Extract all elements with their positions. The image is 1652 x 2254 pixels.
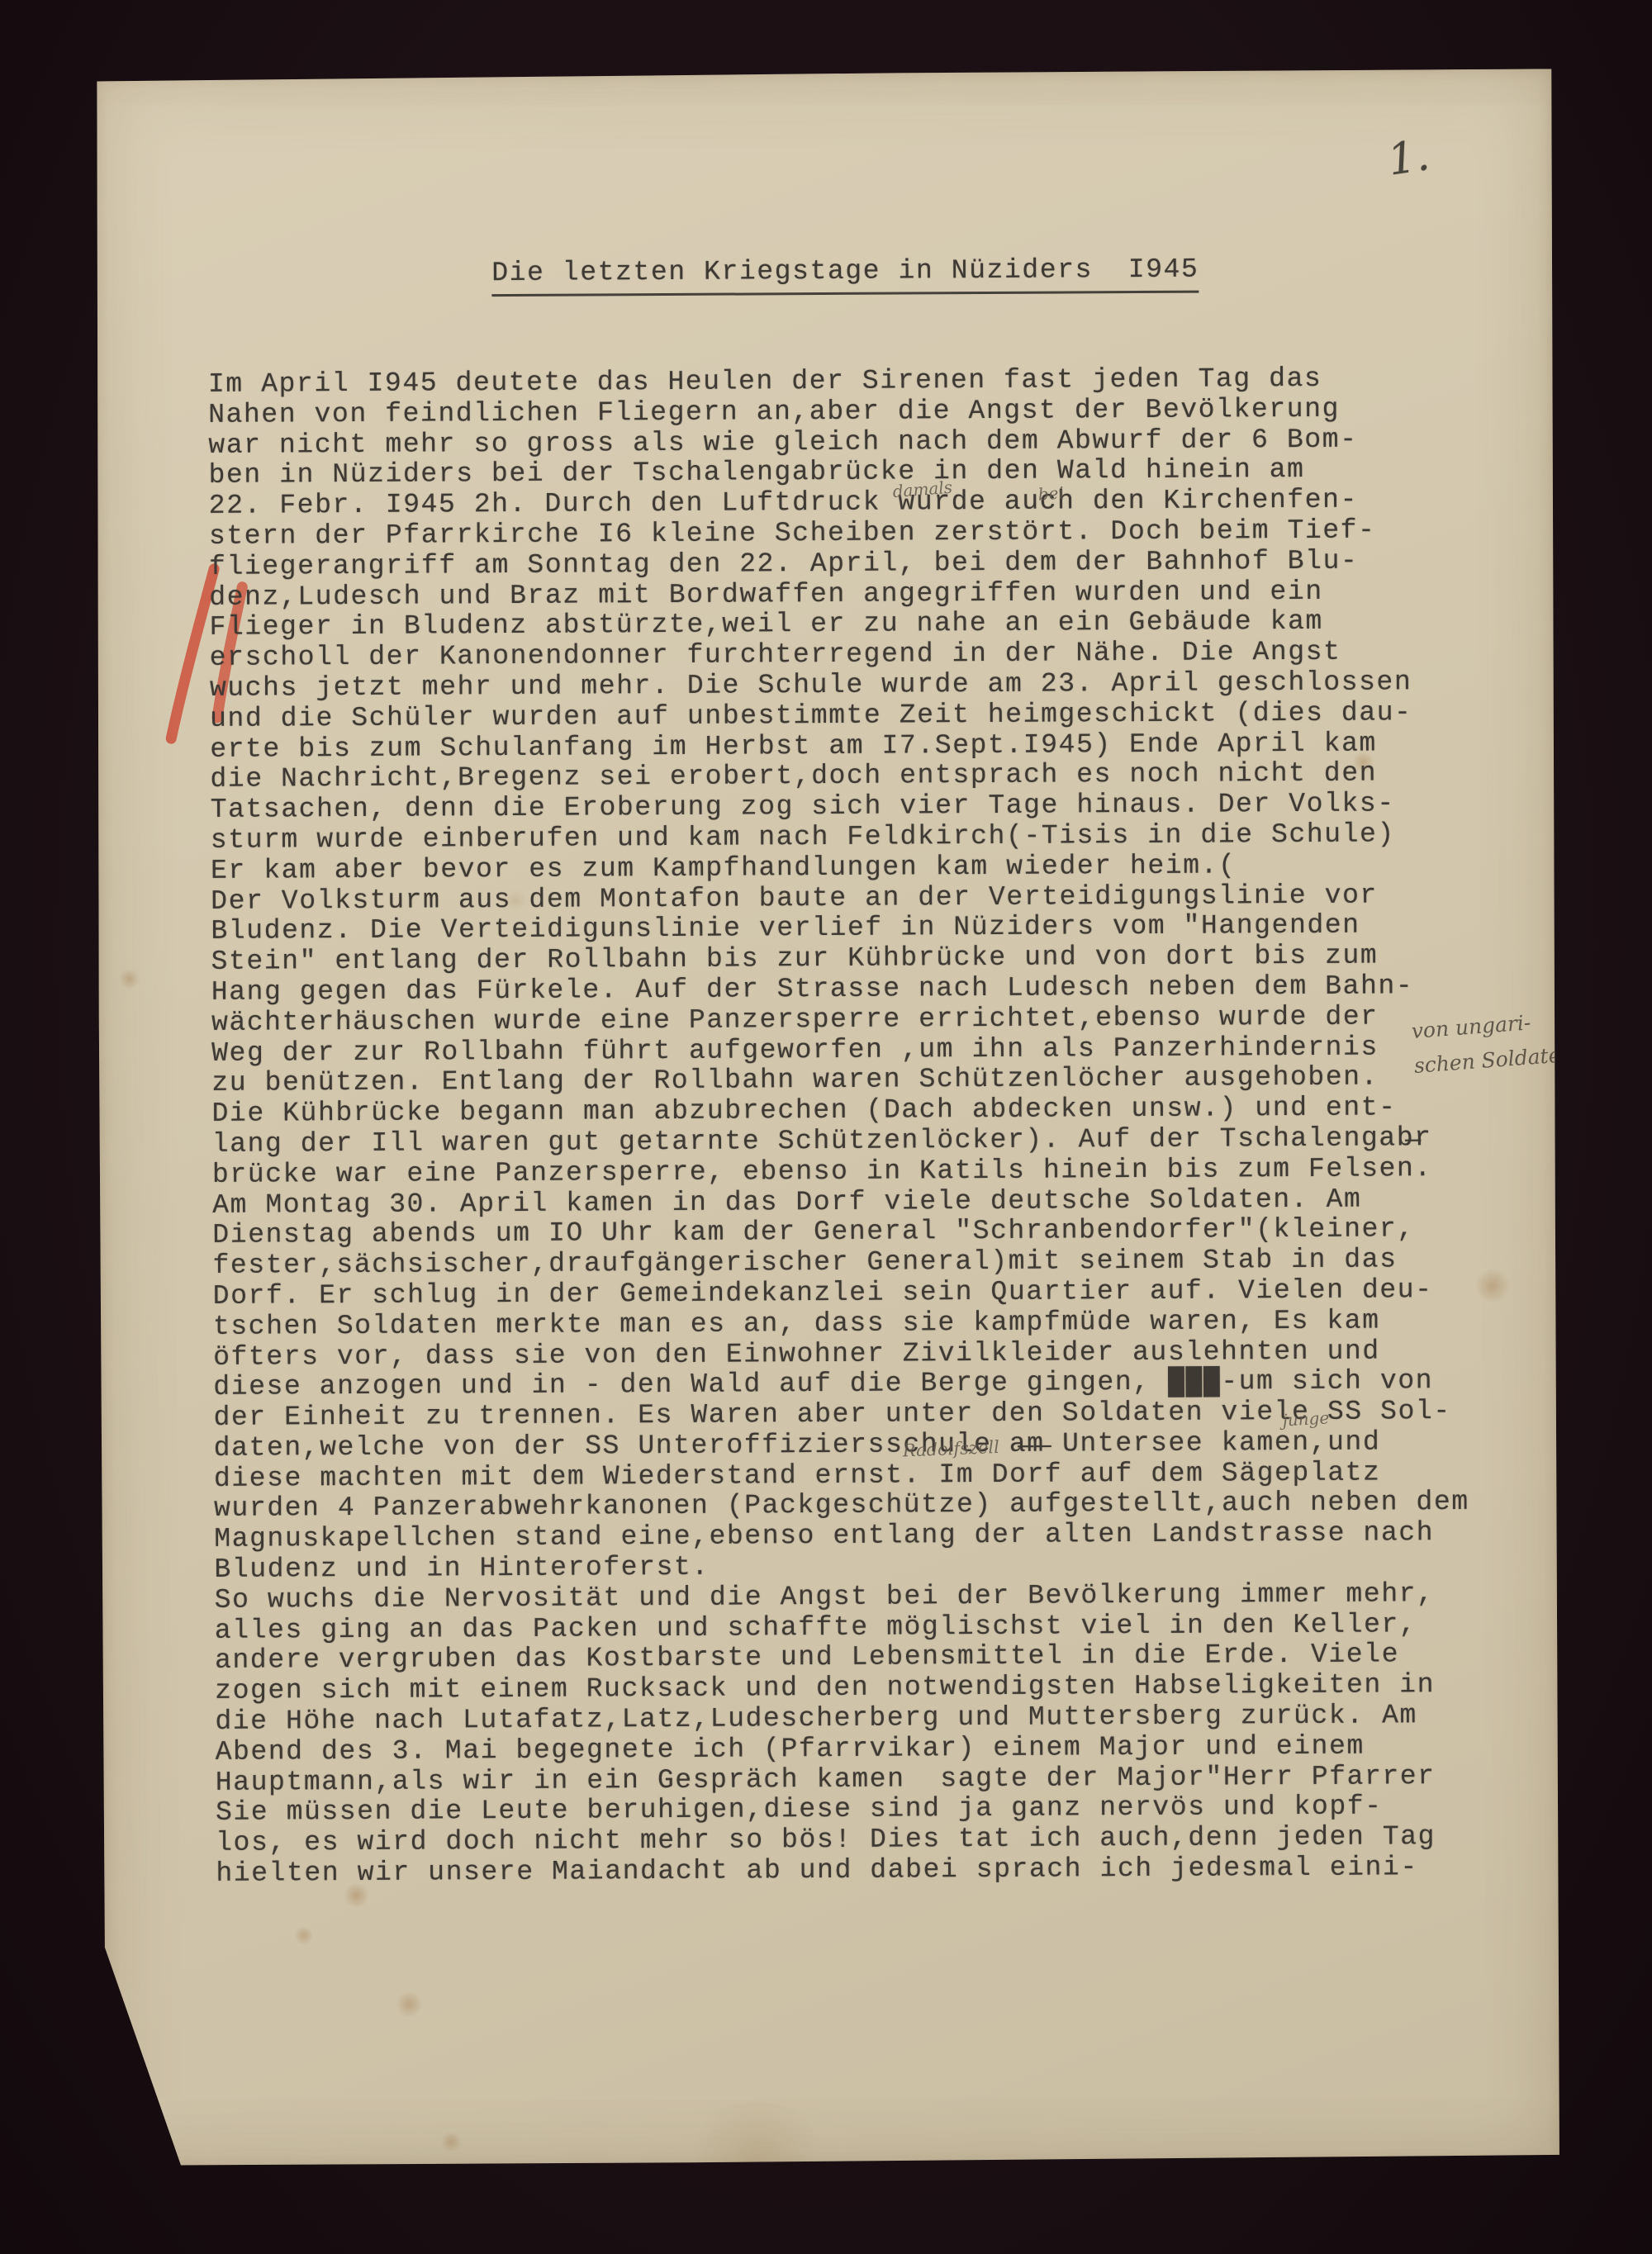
scan-background: 1. Die letzten Kriegstage in Nüziders I9… — [0, 0, 1652, 2254]
paper-stain — [294, 1926, 314, 1944]
paper-stain — [681, 2102, 831, 2202]
handwritten-insert-bei: bei — [1037, 482, 1065, 504]
handwritten-insert-radolfszell: Radolfszell — [902, 1437, 999, 1461]
document-page: 1. Die letzten Kriegstage in Nüziders I9… — [93, 66, 1564, 2171]
document-title: Die letzten Kriegstage in Nüziders I945 — [491, 254, 1199, 297]
text-line: hielten wir unsere Maiandacht ab und dab… — [216, 1852, 1521, 1889]
handwritten-insert-junge: junge — [1282, 1407, 1330, 1430]
handwritten-page-number: 1. — [1384, 130, 1432, 186]
handwritten-margin-note: von ungari- schen Soldaten — [1410, 1003, 1575, 1084]
paper-stain — [395, 1992, 423, 2017]
paper-stain — [119, 969, 140, 989]
typewritten-text: Im April I945 deutete das Heulen der Sir… — [208, 363, 1521, 1889]
paper-stain — [440, 2132, 462, 2152]
